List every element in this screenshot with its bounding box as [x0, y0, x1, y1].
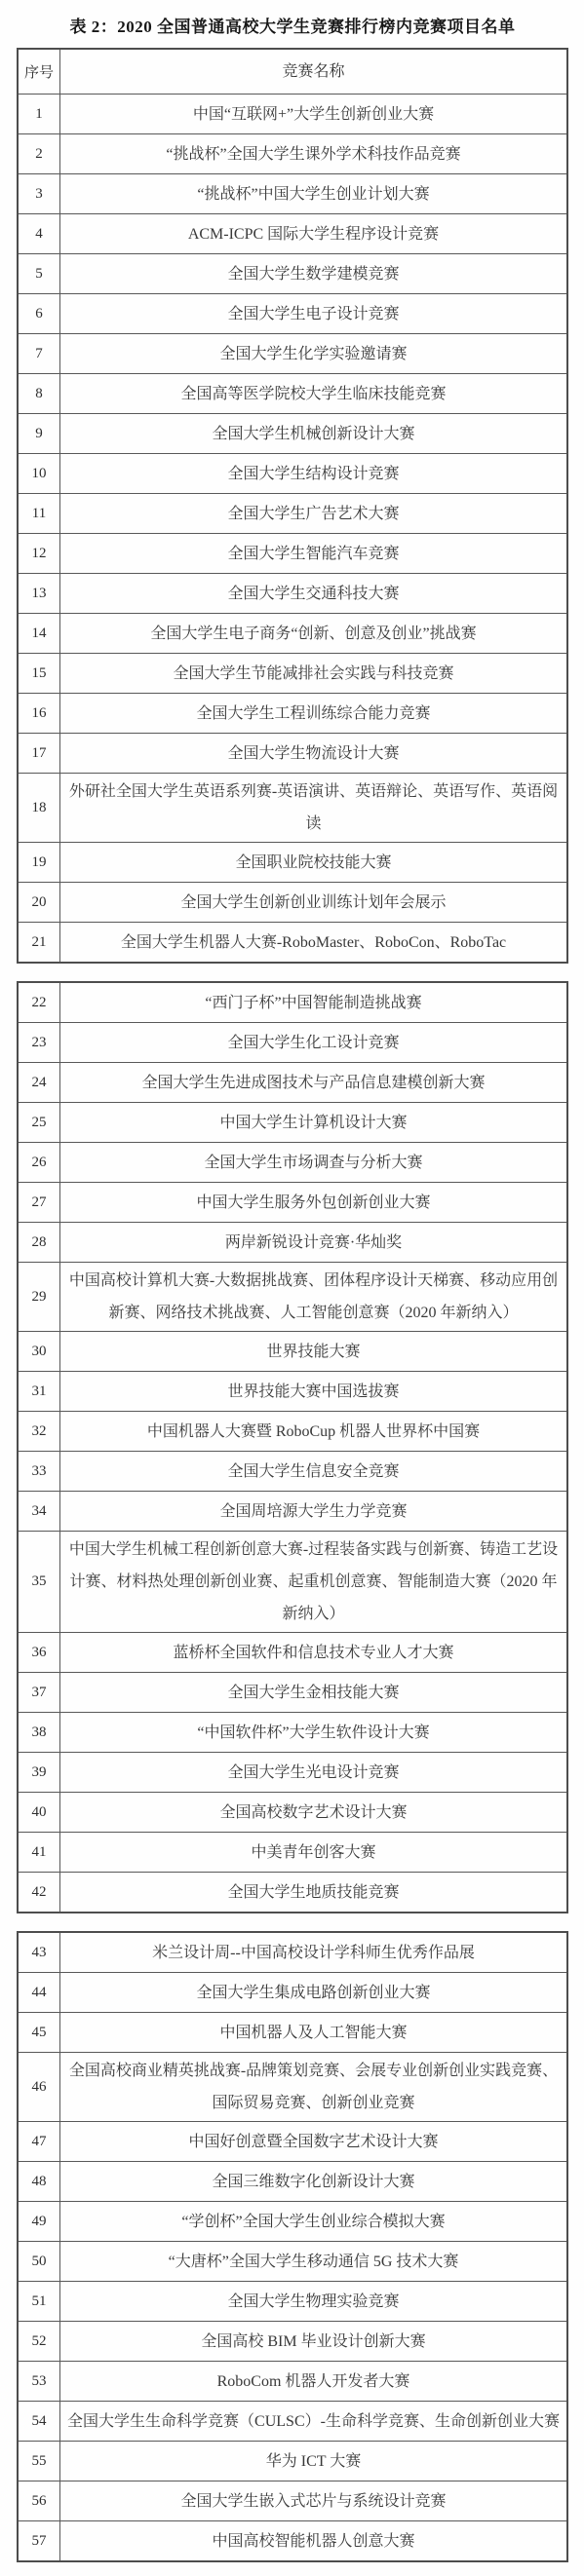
table-row: 54全国大学生生命科学竞赛（CULSC）-生命科学竞赛、生命创新创业大赛	[18, 2402, 567, 2442]
competition-name: “挑战杯”全国大学生课外学术科技作品竞赛	[60, 134, 568, 174]
competition-name: 中国“互联网+”大学生创新创业大赛	[60, 95, 568, 134]
table-row: 33全国大学生信息安全竞赛	[18, 1452, 567, 1492]
table-row: 51全国大学生物理实验竞赛	[18, 2282, 567, 2322]
row-number: 10	[18, 454, 60, 494]
competition-table-section-2: 22“西门子杯”中国智能制造挑战赛23全国大学生化工设计竞赛24全国大学生先进成…	[17, 981, 568, 1913]
row-number: 1	[18, 95, 60, 134]
table-row: 3“挑战杯”中国大学生创业计划大赛	[18, 174, 567, 214]
competition-name: ACM-ICPC 国际大学生程序设计竞赛	[60, 214, 568, 254]
table-row: 39全国大学生光电设计竞赛	[18, 1753, 567, 1793]
table-row: 29中国高校计算机大赛-大数据挑战赛、团体程序设计天梯赛、移动应用创新赛、网络技…	[18, 1263, 567, 1332]
competition-name: 全国大学生集成电路创新创业大赛	[60, 1973, 568, 2013]
competition-tables-container: 序号竞赛名称1中国“互联网+”大学生创新创业大赛2“挑战杯”全国大学生课外学术科…	[17, 48, 568, 2562]
table-row: 19全国职业院校技能大赛	[18, 843, 567, 883]
row-number: 45	[18, 2013, 60, 2053]
table-row: 57中国高校智能机器人创意大赛	[18, 2521, 567, 2562]
table-row: 11全国大学生广告艺术大赛	[18, 494, 567, 534]
competition-name: 全国高等医学院校大学生临床技能竞赛	[60, 374, 568, 414]
row-number: 23	[18, 1023, 60, 1063]
competition-table-section-3: 43米兰设计周--中国高校设计学科师生优秀作品展44全国大学生集成电路创新创业大…	[17, 1931, 568, 2562]
table-row: 30世界技能大赛	[18, 1332, 567, 1372]
table-row: 52全国高校 BIM 毕业设计创新大赛	[18, 2322, 567, 2362]
table-row: 1中国“互联网+”大学生创新创业大赛	[18, 95, 567, 134]
competition-name: 全国大学生生命科学竞赛（CULSC）-生命科学竞赛、生命创新创业大赛	[60, 2402, 568, 2442]
competition-name: 中国高校计算机大赛-大数据挑战赛、团体程序设计天梯赛、移动应用创新赛、网络技术挑…	[60, 1263, 568, 1332]
row-number: 44	[18, 1973, 60, 2013]
table-row: 26全国大学生市场调查与分析大赛	[18, 1143, 567, 1183]
table-row: 43米兰设计周--中国高校设计学科师生优秀作品展	[18, 1932, 567, 1973]
table-row: 46全国高校商业精英挑战赛-品牌策划竞赛、会展专业创新创业实践竞赛、国际贸易竞赛…	[18, 2053, 567, 2122]
competition-name: 外研社全国大学生英语系列赛-英语演讲、英语辩论、英语写作、英语阅读	[60, 774, 568, 843]
competition-name: 世界技能大赛中国选拔赛	[60, 1372, 568, 1412]
competition-table-section-1: 序号竞赛名称1中国“互联网+”大学生创新创业大赛2“挑战杯”全国大学生课外学术科…	[17, 48, 568, 964]
row-number: 55	[18, 2442, 60, 2481]
row-number: 17	[18, 734, 60, 774]
table-row: 21全国大学生机器人大赛-RoboMaster、RoboCon、RoboTac	[18, 923, 567, 964]
row-number: 31	[18, 1372, 60, 1412]
table-row: 38“中国软件杯”大学生软件设计大赛	[18, 1713, 567, 1753]
table-row: 40全国高校数字艺术设计大赛	[18, 1793, 567, 1833]
row-number: 6	[18, 294, 60, 334]
competition-name: 世界技能大赛	[60, 1332, 568, 1372]
table-row: 47中国好创意暨全国数字艺术设计大赛	[18, 2122, 567, 2162]
row-number: 12	[18, 534, 60, 574]
competition-name: 全国大学生数学建模竞赛	[60, 254, 568, 294]
row-number: 5	[18, 254, 60, 294]
competition-name: 中国大学生计算机设计大赛	[60, 1103, 568, 1143]
table-row: 36蓝桥杯全国软件和信息技术专业人才大赛	[18, 1633, 567, 1673]
row-number: 24	[18, 1063, 60, 1103]
table-row: 10全国大学生结构设计竞赛	[18, 454, 567, 494]
table-row: 2“挑战杯”全国大学生课外学术科技作品竞赛	[18, 134, 567, 174]
row-number: 16	[18, 694, 60, 734]
competition-name: 全国大学生化工设计竞赛	[60, 1023, 568, 1063]
row-number: 15	[18, 654, 60, 694]
competition-name: 全国周培源大学生力学竞赛	[60, 1492, 568, 1532]
row-number: 47	[18, 2122, 60, 2162]
table-row: 8全国高等医学院校大学生临床技能竞赛	[18, 374, 567, 414]
table-row: 14全国大学生电子商务“创新、创意及创业”挑战赛	[18, 614, 567, 654]
table-row: 7全国大学生化学实验邀请赛	[18, 334, 567, 374]
row-number: 36	[18, 1633, 60, 1673]
column-header-index: 序号	[18, 49, 60, 95]
table-row: 41中美青年创客大赛	[18, 1833, 567, 1873]
row-number: 20	[18, 883, 60, 923]
row-number: 53	[18, 2362, 60, 2402]
row-number: 14	[18, 614, 60, 654]
competition-name: 全国大学生化学实验邀请赛	[60, 334, 568, 374]
competition-name: 全国职业院校技能大赛	[60, 843, 568, 883]
competition-name: 全国大学生创新创业训练计划年会展示	[60, 883, 568, 923]
row-number: 3	[18, 174, 60, 214]
row-number: 56	[18, 2481, 60, 2521]
table-row: 9全国大学生机械创新设计大赛	[18, 414, 567, 454]
competition-name: 全国大学生先进成图技术与产品信息建模创新大赛	[60, 1063, 568, 1103]
table-row: 4ACM-ICPC 国际大学生程序设计竞赛	[18, 214, 567, 254]
competition-name: 全国大学生结构设计竞赛	[60, 454, 568, 494]
competition-name: 米兰设计周--中国高校设计学科师生优秀作品展	[60, 1932, 568, 1973]
row-number: 22	[18, 982, 60, 1023]
competition-name: 全国大学生机械创新设计大赛	[60, 414, 568, 454]
table-row: 20全国大学生创新创业训练计划年会展示	[18, 883, 567, 923]
row-number: 48	[18, 2162, 60, 2202]
table-row: 18外研社全国大学生英语系列赛-英语演讲、英语辩论、英语写作、英语阅读	[18, 774, 567, 843]
table-header-row: 序号竞赛名称	[18, 49, 567, 95]
row-number: 49	[18, 2202, 60, 2242]
row-number: 26	[18, 1143, 60, 1183]
row-number: 8	[18, 374, 60, 414]
row-number: 25	[18, 1103, 60, 1143]
competition-name: 全国大学生节能减排社会实践与科技竞赛	[60, 654, 568, 694]
competition-name: RoboCom 机器人开发者大赛	[60, 2362, 568, 2402]
row-number: 57	[18, 2521, 60, 2562]
table-row: 28两岸新锐设计竞赛·华灿奖	[18, 1223, 567, 1263]
competition-name: 两岸新锐设计竞赛·华灿奖	[60, 1223, 568, 1263]
row-number: 38	[18, 1713, 60, 1753]
competition-name: 华为 ICT 大赛	[60, 2442, 568, 2481]
table-row: 49“学创杯”全国大学生创业综合模拟大赛	[18, 2202, 567, 2242]
competition-name: 中国大学生服务外包创新创业大赛	[60, 1183, 568, 1223]
document-page: 表 2：2020 全国普通高校大学生竞赛排行榜内竞赛项目名单 序号竞赛名称1中国…	[0, 0, 584, 2576]
page-title: 表 2：2020 全国普通高校大学生竞赛排行榜内竞赛项目名单	[17, 13, 568, 37]
table-row: 56全国大学生嵌入式芯片与系统设计竞赛	[18, 2481, 567, 2521]
table-row: 31世界技能大赛中国选拔赛	[18, 1372, 567, 1412]
competition-name: “西门子杯”中国智能制造挑战赛	[60, 982, 568, 1023]
row-number: 33	[18, 1452, 60, 1492]
competition-name: 全国大学生嵌入式芯片与系统设计竞赛	[60, 2481, 568, 2521]
competition-name: 全国大学生电子设计竞赛	[60, 294, 568, 334]
competition-name: 全国大学生物理实验竞赛	[60, 2282, 568, 2322]
row-number: 54	[18, 2402, 60, 2442]
row-number: 42	[18, 1873, 60, 1913]
row-number: 18	[18, 774, 60, 843]
competition-name: 全国大学生广告艺术大赛	[60, 494, 568, 534]
competition-name: 全国大学生物流设计大赛	[60, 734, 568, 774]
row-number: 34	[18, 1492, 60, 1532]
row-number: 2	[18, 134, 60, 174]
table-row: 22“西门子杯”中国智能制造挑战赛	[18, 982, 567, 1023]
column-header-name: 竞赛名称	[60, 49, 568, 95]
row-number: 30	[18, 1332, 60, 1372]
row-number: 50	[18, 2242, 60, 2282]
competition-name: “大唐杯”全国大学生移动通信 5G 技术大赛	[60, 2242, 568, 2282]
row-number: 21	[18, 923, 60, 964]
competition-name: 全国大学生电子商务“创新、创意及创业”挑战赛	[60, 614, 568, 654]
table-row: 23全国大学生化工设计竞赛	[18, 1023, 567, 1063]
row-number: 40	[18, 1793, 60, 1833]
row-number: 4	[18, 214, 60, 254]
table-row: 34全国周培源大学生力学竞赛	[18, 1492, 567, 1532]
competition-name: “中国软件杯”大学生软件设计大赛	[60, 1713, 568, 1753]
competition-name: 全国大学生智能汽车竞赛	[60, 534, 568, 574]
table-row: 48全国三维数字化创新设计大赛	[18, 2162, 567, 2202]
row-number: 43	[18, 1932, 60, 1973]
table-row: 27中国大学生服务外包创新创业大赛	[18, 1183, 567, 1223]
competition-name: 中国大学生机械工程创新创意大赛-过程装备实践与创新赛、铸造工艺设计赛、材料热处理…	[60, 1532, 568, 1633]
table-row: 42全国大学生地质技能竞赛	[18, 1873, 567, 1913]
table-row: 45中国机器人及人工智能大赛	[18, 2013, 567, 2053]
table-row: 55华为 ICT 大赛	[18, 2442, 567, 2481]
competition-name: 中国好创意暨全国数字艺术设计大赛	[60, 2122, 568, 2162]
competition-name: 全国大学生机器人大赛-RoboMaster、RoboCon、RoboTac	[60, 923, 568, 964]
row-number: 13	[18, 574, 60, 614]
table-row: 15全国大学生节能减排社会实践与科技竞赛	[18, 654, 567, 694]
competition-name: 中国机器人大赛暨 RoboCup 机器人世界杯中国赛	[60, 1412, 568, 1452]
row-number: 9	[18, 414, 60, 454]
competition-name: 全国高校数字艺术设计大赛	[60, 1793, 568, 1833]
row-number: 19	[18, 843, 60, 883]
row-number: 35	[18, 1532, 60, 1633]
competition-name: 中国高校智能机器人创意大赛	[60, 2521, 568, 2562]
competition-name: 全国高校商业精英挑战赛-品牌策划竞赛、会展专业创新创业实践竞赛、国际贸易竞赛、创…	[60, 2053, 568, 2122]
table-row: 16全国大学生工程训练综合能力竞赛	[18, 694, 567, 734]
competition-name: 全国大学生地质技能竞赛	[60, 1873, 568, 1913]
competition-name: 中国机器人及人工智能大赛	[60, 2013, 568, 2053]
row-number: 46	[18, 2053, 60, 2122]
table-row: 37全国大学生金相技能大赛	[18, 1673, 567, 1713]
competition-name: 全国三维数字化创新设计大赛	[60, 2162, 568, 2202]
row-number: 7	[18, 334, 60, 374]
row-number: 28	[18, 1223, 60, 1263]
table-row: 6全国大学生电子设计竞赛	[18, 294, 567, 334]
table-row: 24全国大学生先进成图技术与产品信息建模创新大赛	[18, 1063, 567, 1103]
competition-name: 全国高校 BIM 毕业设计创新大赛	[60, 2322, 568, 2362]
competition-name: 全国大学生信息安全竞赛	[60, 1452, 568, 1492]
table-row: 13全国大学生交通科技大赛	[18, 574, 567, 614]
table-row: 53RoboCom 机器人开发者大赛	[18, 2362, 567, 2402]
row-number: 11	[18, 494, 60, 534]
table-row: 50“大唐杯”全国大学生移动通信 5G 技术大赛	[18, 2242, 567, 2282]
competition-name: “挑战杯”中国大学生创业计划大赛	[60, 174, 568, 214]
table-row: 35中国大学生机械工程创新创意大赛-过程装备实践与创新赛、铸造工艺设计赛、材料热…	[18, 1532, 567, 1633]
row-number: 52	[18, 2322, 60, 2362]
table-row: 12全国大学生智能汽车竞赛	[18, 534, 567, 574]
row-number: 27	[18, 1183, 60, 1223]
competition-name: 全国大学生金相技能大赛	[60, 1673, 568, 1713]
competition-name: 全国大学生光电设计竞赛	[60, 1753, 568, 1793]
competition-name: 中美青年创客大赛	[60, 1833, 568, 1873]
row-number: 41	[18, 1833, 60, 1873]
table-row: 32中国机器人大赛暨 RoboCup 机器人世界杯中国赛	[18, 1412, 567, 1452]
competition-name: 蓝桥杯全国软件和信息技术专业人才大赛	[60, 1633, 568, 1673]
row-number: 32	[18, 1412, 60, 1452]
row-number: 37	[18, 1673, 60, 1713]
competition-name: 全国大学生市场调查与分析大赛	[60, 1143, 568, 1183]
table-row: 17全国大学生物流设计大赛	[18, 734, 567, 774]
table-row: 25中国大学生计算机设计大赛	[18, 1103, 567, 1143]
table-row: 44全国大学生集成电路创新创业大赛	[18, 1973, 567, 2013]
competition-name: 全国大学生交通科技大赛	[60, 574, 568, 614]
competition-name: “学创杯”全国大学生创业综合模拟大赛	[60, 2202, 568, 2242]
row-number: 39	[18, 1753, 60, 1793]
row-number: 29	[18, 1263, 60, 1332]
table-row: 5全国大学生数学建模竞赛	[18, 254, 567, 294]
competition-name: 全国大学生工程训练综合能力竞赛	[60, 694, 568, 734]
row-number: 51	[18, 2282, 60, 2322]
